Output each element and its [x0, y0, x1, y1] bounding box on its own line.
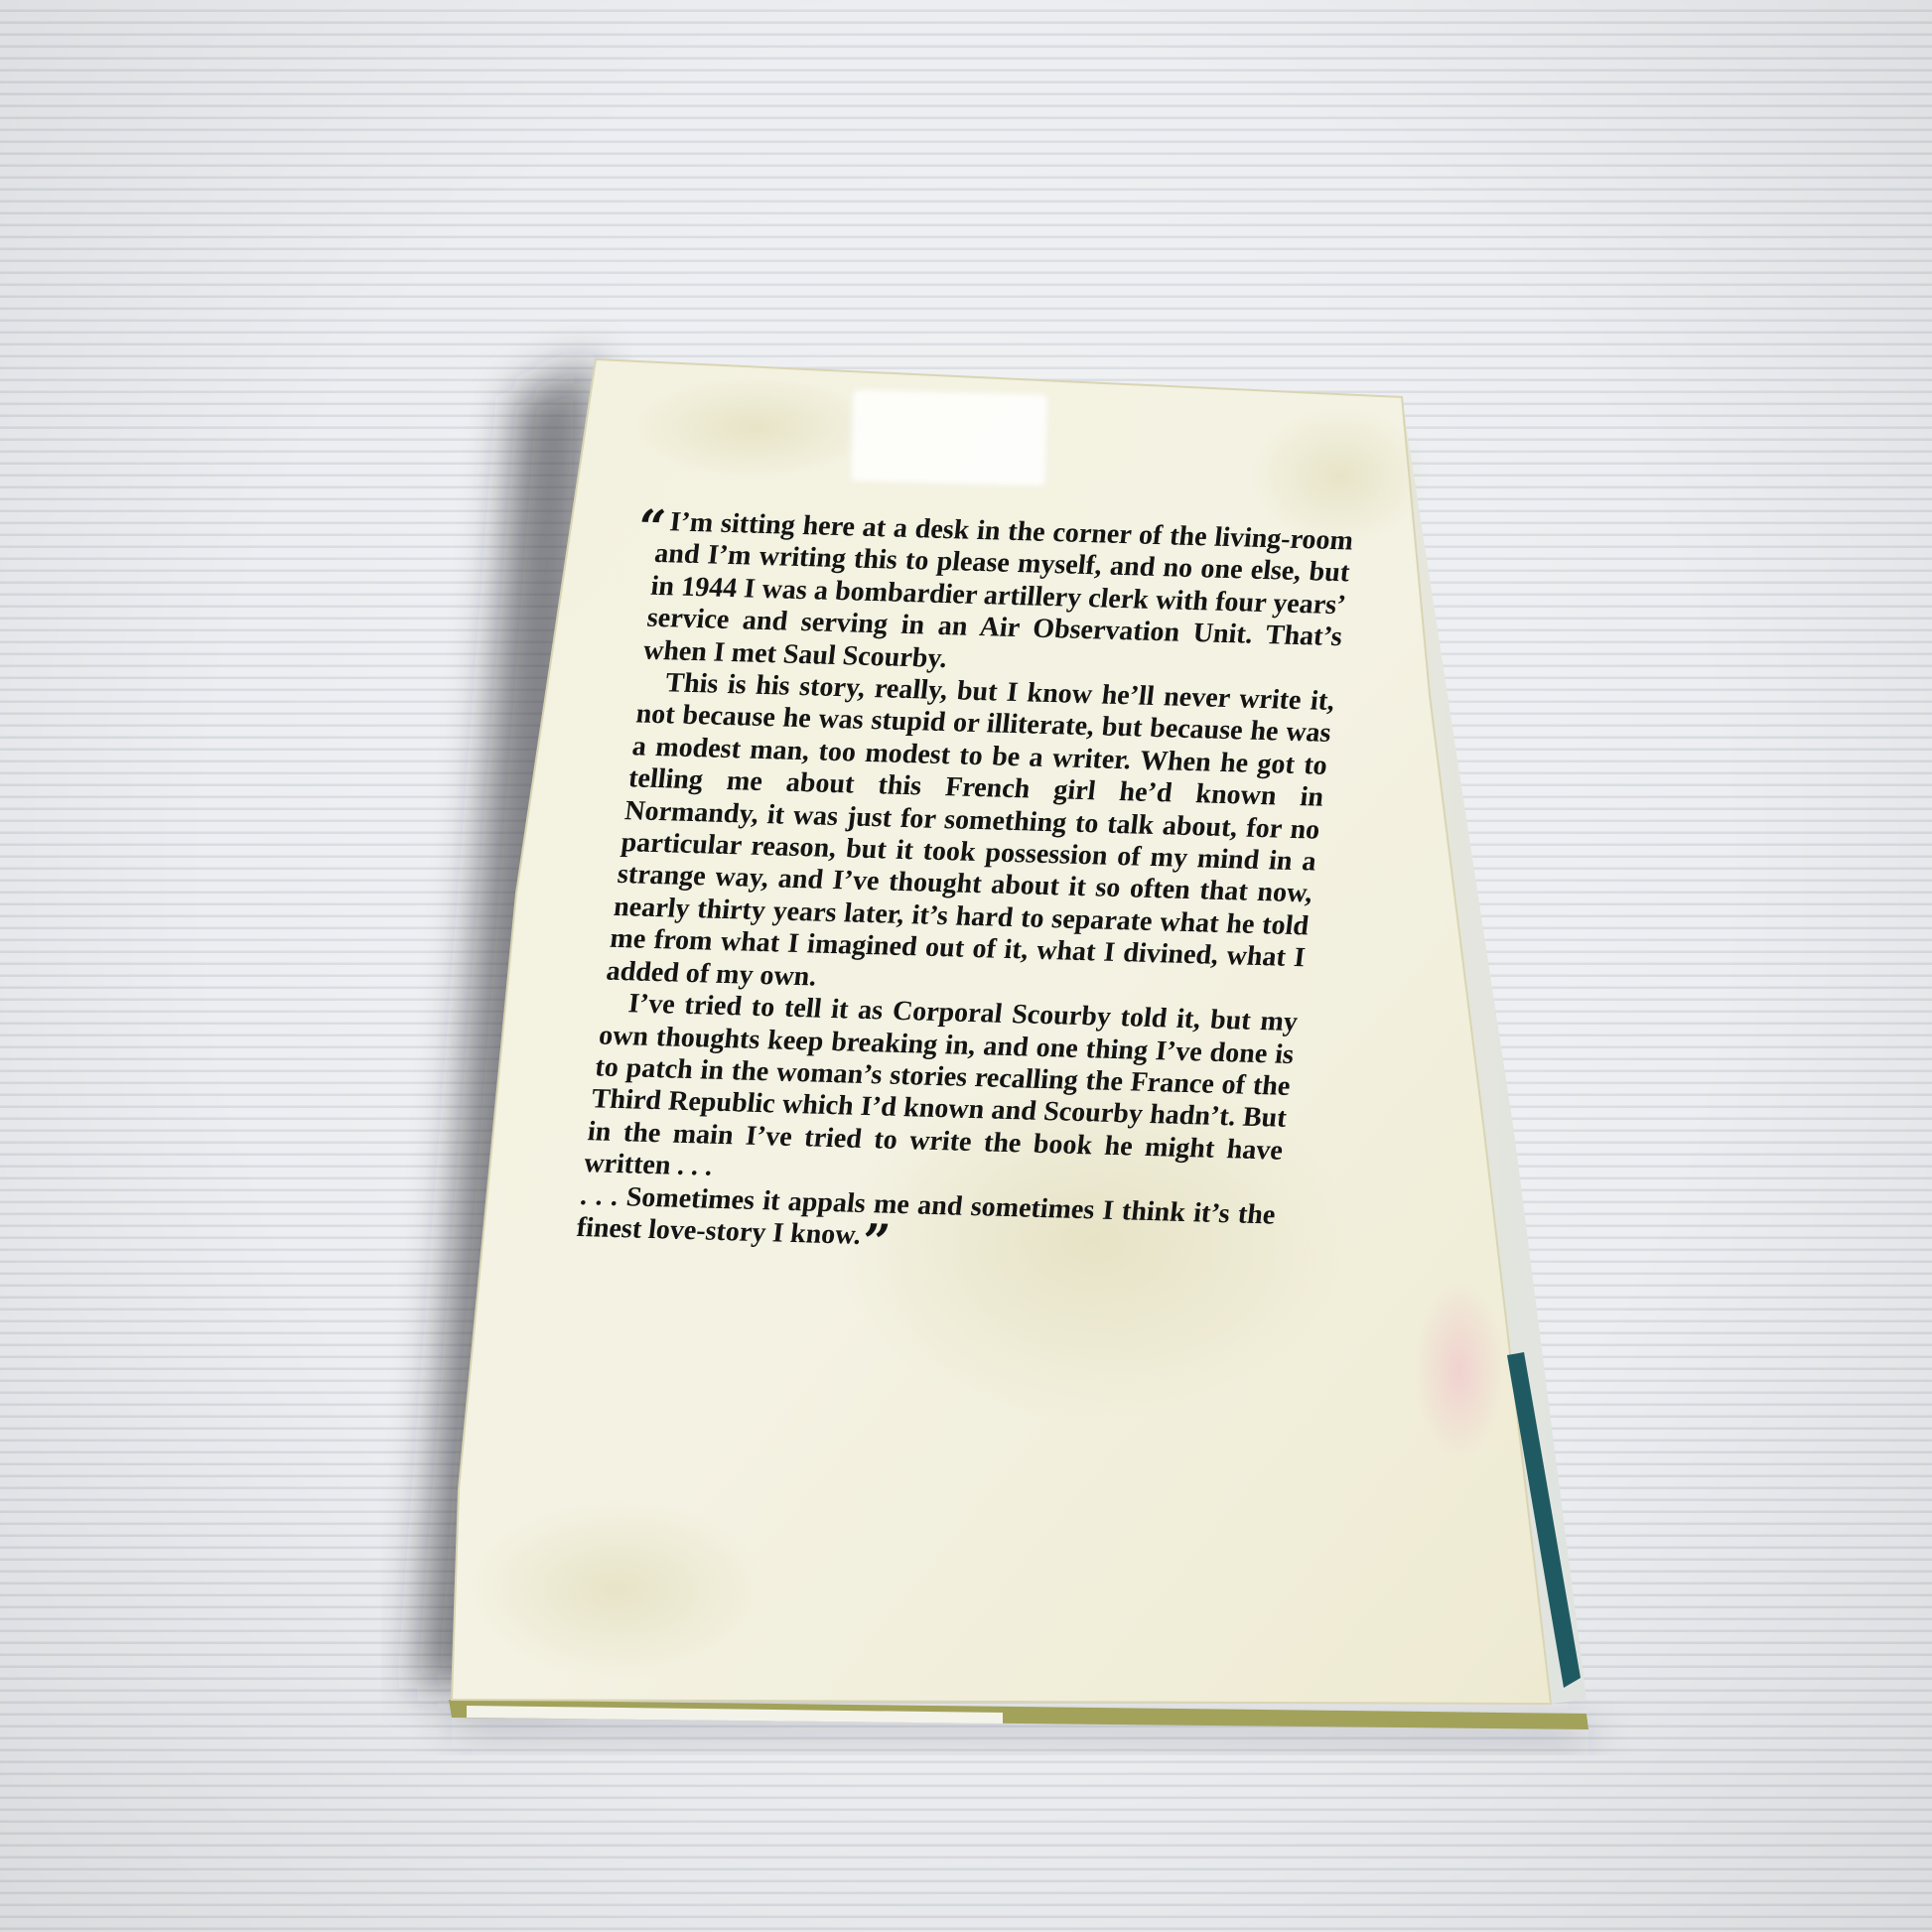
open-quote-mark: “	[634, 499, 668, 556]
blurb-paragraph-2: This is his story, really, but I know he…	[605, 667, 1336, 1008]
blurb-paragraph-1: “I’m sitting here at a desk in the corne…	[641, 506, 1354, 686]
blurb-text: “I’m sitting here at a desk in the corne…	[575, 506, 1355, 1264]
blurb-paragraph-3: I’ve tried to tell it as Corporal Scourb…	[582, 988, 1299, 1199]
removed-sticker-mark	[851, 389, 1047, 485]
